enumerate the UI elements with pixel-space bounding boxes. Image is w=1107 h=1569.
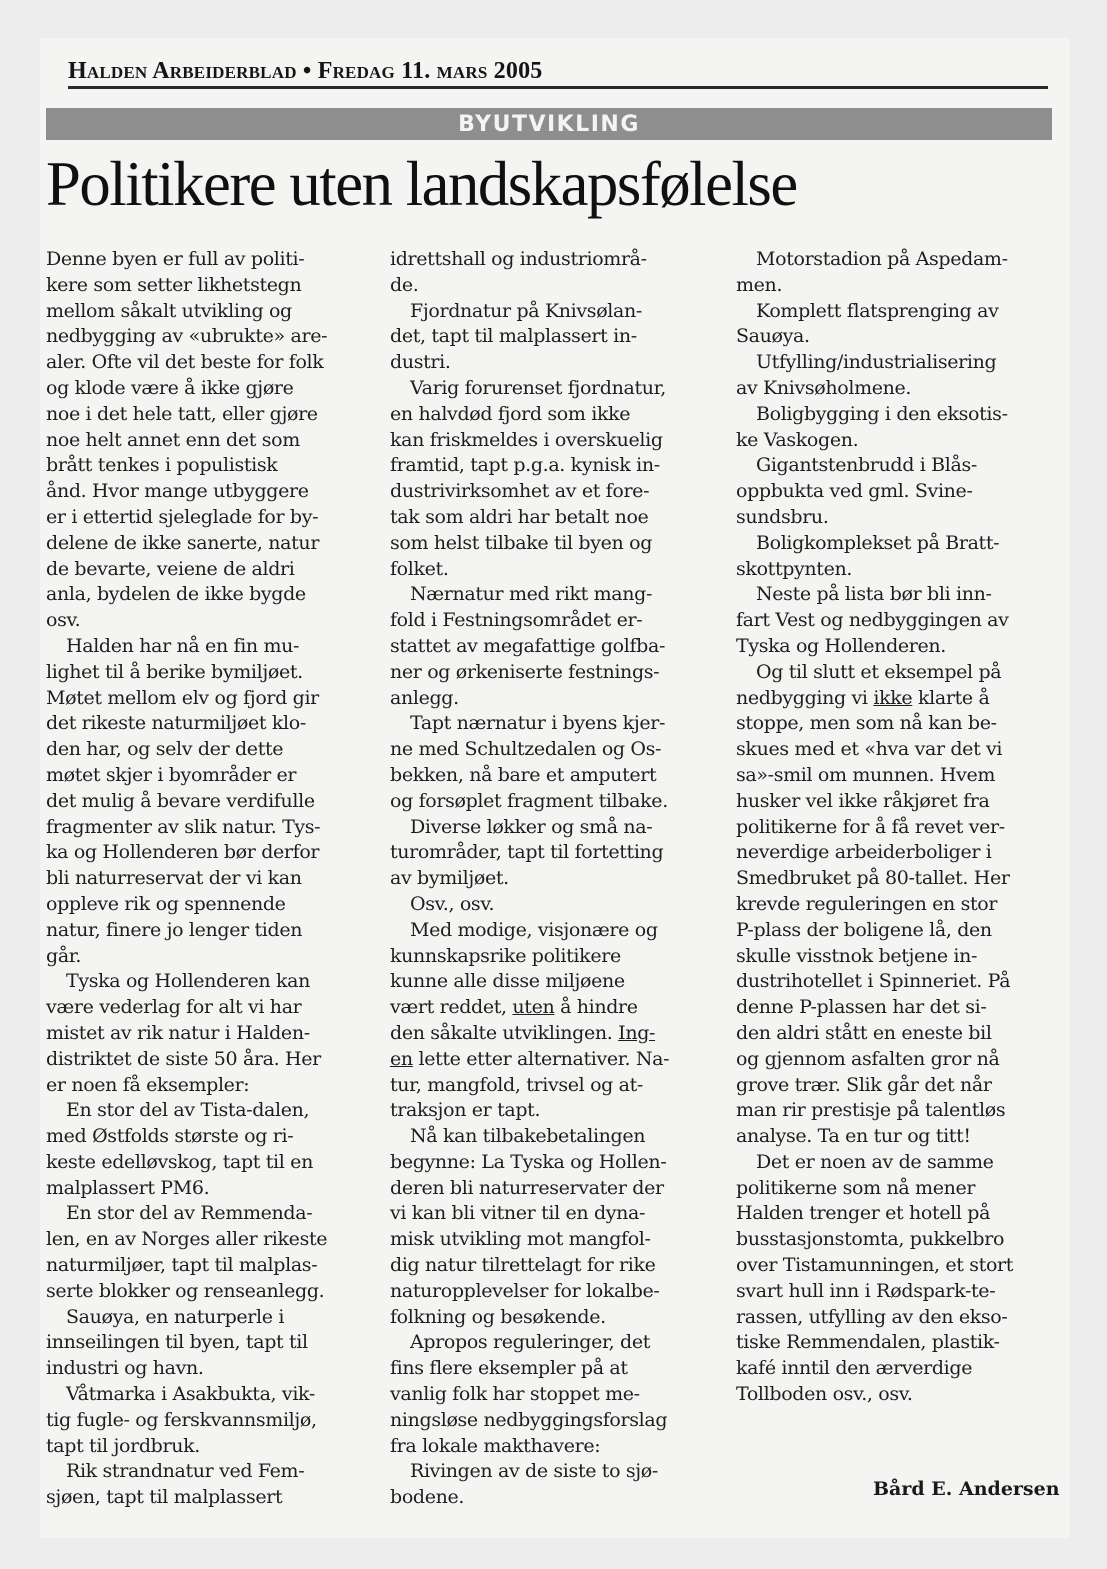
paragraph: Det er noen av de samme politikerne som … — [736, 1150, 1056, 1408]
paragraph: Fjordnatur på Knivsølan- det, tapt til m… — [390, 299, 710, 376]
paragraph: Diverse løkker og små na- turområder, ta… — [390, 815, 710, 892]
article-column-3: Motorstadion på Aspedam- men. Komplett f… — [736, 247, 1056, 1408]
section-bar: BYUTVIKLING — [46, 108, 1052, 140]
paragraph-text: klarte å stoppe, men som nå kan be- skue… — [736, 687, 1010, 1148]
underlined-word: ikke — [873, 687, 912, 709]
paragraph: Komplett flatsprenging av Sauøya. — [736, 299, 1056, 351]
paragraph: Rivingen av de siste to sjø- bodene. — [390, 1459, 710, 1511]
paragraph: Boligkomplekset på Bratt- skottpynten. — [736, 531, 1056, 583]
paragraph: Sauøya, en naturperle i innseilingen til… — [46, 1305, 366, 1382]
paragraph: Gigantstenbrudd i Blås- oppbukta ved gml… — [736, 453, 1056, 530]
underlined-word: uten — [512, 996, 554, 1018]
paragraph: idrettshall og industriområ- de. — [390, 247, 710, 299]
publication-name: Halden Arbeiderblad — [68, 58, 297, 84]
paragraph-text: lette etter alternativer. Na- tur, mangf… — [390, 1048, 669, 1122]
publication-date: Fredag 11. mars 2005 — [318, 58, 543, 84]
paragraph: En stor del av Tista-dalen, med Østfolds… — [46, 1098, 366, 1201]
article-column-1: Denne byen er full av politi- kere som s… — [46, 247, 366, 1511]
article-headline: Politikere uten landskapsfølelse — [46, 152, 797, 216]
section-label: BYUTVIKLING — [458, 112, 640, 137]
masthead: Halden Arbeiderblad • Fredag 11. mars 20… — [68, 58, 543, 85]
paragraph: Tapt nærnatur i byens kjer- ne med Schul… — [390, 711, 710, 814]
paragraph: Motorstadion på Aspedam- men. — [736, 247, 1056, 299]
masthead-separator: • — [303, 58, 312, 84]
paragraph: Våtmarka i Asakbukta, vik- tig fugle- og… — [46, 1382, 366, 1459]
paragraph: Osv., osv. — [390, 892, 710, 918]
paragraph: Denne byen er full av politi- kere som s… — [46, 247, 366, 634]
paragraph: Nå kan tilbakebetalingen begynne: La Tys… — [390, 1124, 710, 1330]
paragraph: En stor del av Remmenda- len, en av Norg… — [46, 1201, 366, 1304]
paragraph: Utfylling/industrialisering av Knivsøhol… — [736, 350, 1056, 402]
paragraph: Boligbygging i den eksotis- ke Vaskogen. — [736, 402, 1056, 454]
paragraph: Rik strandnatur ved Fem- sjøen, tapt til… — [46, 1459, 366, 1511]
masthead-rule — [68, 86, 1048, 89]
paragraph: Neste på lista bør bli inn- fart Vest og… — [736, 582, 1056, 659]
paragraph: Halden har nå en fin mu- lighet til å be… — [46, 634, 366, 969]
author-byline: Bård E. Andersen — [873, 1478, 1060, 1500]
paragraph: Varig forurenset fjordnatur, en halvdød … — [390, 376, 710, 582]
paragraph: Med modige, visjonære og kunnskapsrike p… — [390, 918, 710, 1124]
paragraph: Nærnatur med rikt mang- fold i Festnings… — [390, 582, 710, 711]
paragraph: Og til slutt et eksempel på nedbygging v… — [736, 660, 1056, 1150]
article-column-2: idrettshall og industriområ- de. Fjordna… — [390, 247, 710, 1511]
paragraph: Apropos reguleringer, det fins flere eks… — [390, 1330, 710, 1459]
paragraph: Tyska og Hollenderen kan være vederlag f… — [46, 969, 366, 1098]
